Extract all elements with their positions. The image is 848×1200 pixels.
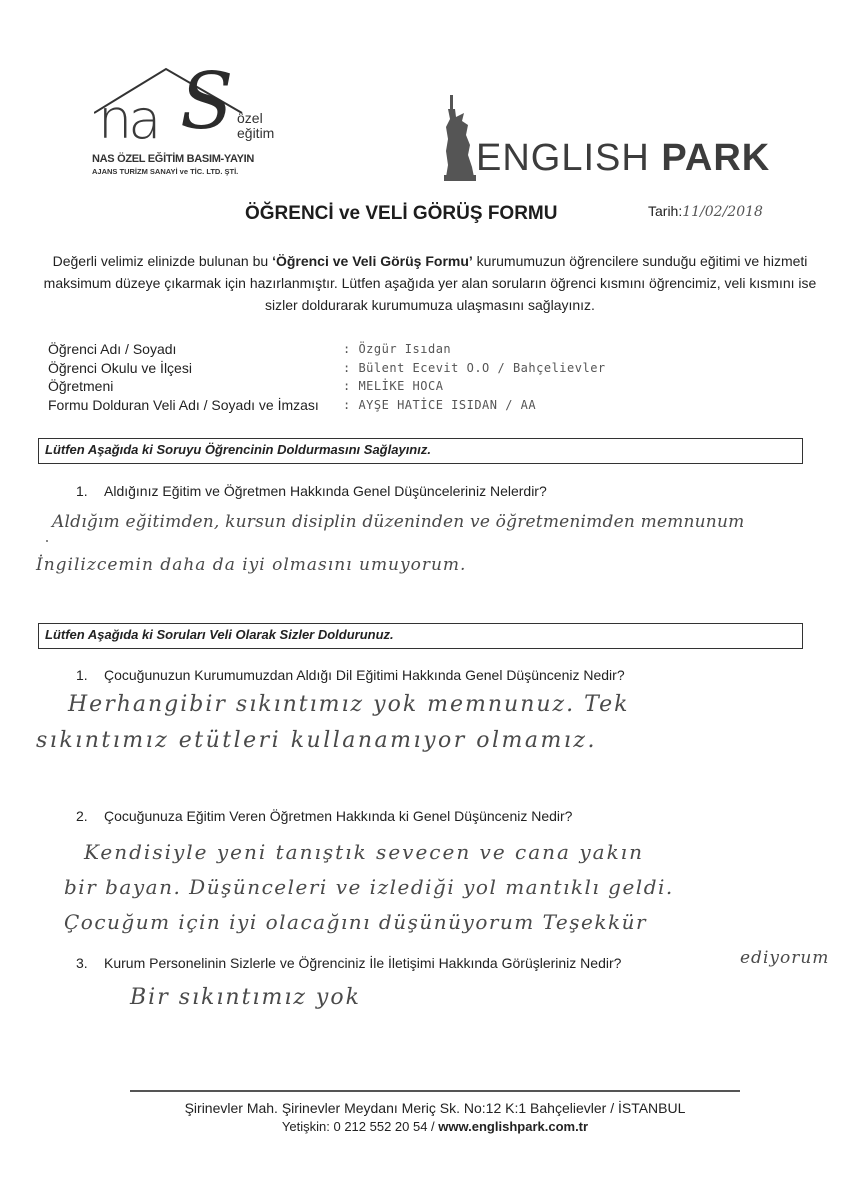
nas-company-subtitle: AJANS TURİZM SANAYİ ve TİC. LTD. ŞTİ. bbox=[92, 167, 238, 176]
parent-question-1: 1.Çocuğunuzun Kurumumuzdan Aldığı Dil Eğ… bbox=[76, 667, 625, 683]
question-text: Aldığınız Eğitim ve Öğretmen Hakkında Ge… bbox=[104, 483, 547, 499]
student-section-header: Lütfen Aşağıda ki Soruyu Öğrencinin Dold… bbox=[38, 438, 803, 464]
answer-line[interactable]: Aldığım eğitimden, kursun disiplin düzen… bbox=[52, 512, 744, 532]
statue-of-liberty-icon bbox=[440, 95, 480, 181]
section-heading: Lütfen Aşağıda ki Soruları Veli Olarak S… bbox=[45, 627, 394, 642]
date-value: 11/02/2018 bbox=[682, 204, 763, 220]
answer-line[interactable]: ediyorum bbox=[740, 948, 829, 968]
info-value[interactable]: : MELİKE HOCA bbox=[343, 377, 443, 396]
info-value[interactable]: : AYŞE HATİCE ISIDAN / AA bbox=[343, 396, 536, 415]
answer-line[interactable]: Bir sıkıntımız yok bbox=[130, 985, 361, 1010]
nas-ozel-egitim-logo: na S özel eğitim NAS ÖZEL EĞİTİM BASIM-Y… bbox=[84, 55, 284, 185]
parent-question-3: 3.Kurum Personelinin Sizlerle ve Öğrenci… bbox=[76, 955, 621, 971]
question-number: 3. bbox=[76, 955, 104, 971]
footer-address: Şirinevler Mah. Şirinevler Meydanı Meriç… bbox=[130, 1100, 740, 1116]
answer-line[interactable]: bir bayan. Düşünceleri ve izlediği yol m… bbox=[64, 875, 674, 899]
nas-logo-tagline: özel eğitim bbox=[237, 111, 274, 140]
info-row-teacher: Öğretmeni : MELİKE HOCA bbox=[48, 377, 343, 396]
form-title: ÖĞRENCİ ve VELİ GÖRÜŞ FORMU bbox=[245, 203, 557, 225]
answer-line[interactable]: Çocuğum için iyi olacağını düşünüyorum T… bbox=[64, 910, 647, 934]
info-row-parent: Formu Dolduran Veli Adı / Soyadı ve İmza… bbox=[48, 396, 343, 415]
english-park-logo: ENGLISH PARK bbox=[440, 95, 790, 185]
date-label: Tarih: bbox=[648, 203, 682, 219]
info-label: Öğretmeni bbox=[48, 377, 343, 396]
intro-paragraph: Değerli velimiz elinizde bulunan bu ‘Öğr… bbox=[40, 250, 820, 316]
student-info-fields: Öğrenci Adı / Soyadı : Özgür Isıdan Öğre… bbox=[48, 340, 343, 414]
footer-divider bbox=[130, 1090, 740, 1092]
answer-line[interactable]: Herhangibir sıkıntımız yok memnunuz. Tek bbox=[68, 692, 629, 717]
section-heading: Lütfen Aşağıda ki Soruyu Öğrencinin Dold… bbox=[45, 442, 431, 457]
nas-company-name: NAS ÖZEL EĞİTİM BASIM-YAYIN bbox=[92, 153, 254, 165]
nas-logo-s: S bbox=[180, 63, 233, 141]
parent-question-2: 2.Çocuğunuza Eğitim Veren Öğretmen Hakkı… bbox=[76, 808, 572, 824]
intro-form-name: ‘Öğrenci ve Veli Görüş Formu’ bbox=[272, 253, 473, 269]
question-text: Çocuğunuzun Kurumumuzdan Aldığı Dil Eğit… bbox=[104, 667, 625, 683]
info-row-student-name: Öğrenci Adı / Soyadı : Özgür Isıdan bbox=[48, 340, 343, 359]
form-date: Tarih:11/02/2018 bbox=[648, 203, 763, 220]
parent-section-header: Lütfen Aşağıda ki Soruları Veli Olarak S… bbox=[38, 623, 803, 649]
footer-contact: Yetişkin: 0 212 552 20 54 / www.englishp… bbox=[130, 1119, 740, 1134]
nas-logo-letters: na bbox=[98, 93, 157, 147]
footer-website-link[interactable]: www.englishpark.com.tr bbox=[438, 1119, 588, 1134]
answer-line[interactable]: İngilizcemin daha da iyi olmasını umuyor… bbox=[36, 555, 466, 575]
answer-line[interactable]: Kendisiyle yeni tanıştık sevecen ve cana… bbox=[84, 840, 644, 864]
question-number: 1. bbox=[76, 483, 104, 499]
question-text: Çocuğunuza Eğitim Veren Öğretmen Hakkınd… bbox=[104, 808, 572, 824]
intro-text-1: Değerli velimiz elinizde bulunan bu bbox=[53, 253, 272, 269]
footer-phone: Yetişkin: 0 212 552 20 54 / bbox=[282, 1119, 438, 1134]
info-label: Formu Dolduran Veli Adı / Soyadı ve İmza… bbox=[48, 396, 343, 415]
english-park-wordmark: ENGLISH PARK bbox=[476, 139, 770, 177]
scan-speck bbox=[46, 540, 48, 542]
question-number: 1. bbox=[76, 667, 104, 683]
nas-logo-ozel: özel bbox=[237, 111, 274, 126]
question-number: 2. bbox=[76, 808, 104, 824]
english-park-word-english: ENGLISH bbox=[476, 137, 650, 179]
info-label: Öğrenci Okulu ve İlçesi bbox=[48, 359, 343, 378]
nas-logo-egitim: eğitim bbox=[237, 126, 274, 141]
student-question-1: 1.Aldığınız Eğitim ve Öğretmen Hakkında … bbox=[76, 483, 547, 499]
question-text: Kurum Personelinin Sizlerle ve Öğrencini… bbox=[104, 955, 621, 971]
answer-line[interactable]: sıkıntımız etütleri kullanamıyor olmamız… bbox=[36, 728, 597, 753]
info-value[interactable]: : Bülent Ecevit O.O / Bahçelievler bbox=[343, 359, 606, 378]
info-value[interactable]: : Özgür Isıdan bbox=[343, 340, 451, 359]
english-park-word-park: PARK bbox=[661, 137, 770, 179]
info-label: Öğrenci Adı / Soyadı bbox=[48, 340, 343, 359]
info-row-school: Öğrenci Okulu ve İlçesi : Bülent Ecevit … bbox=[48, 359, 343, 378]
